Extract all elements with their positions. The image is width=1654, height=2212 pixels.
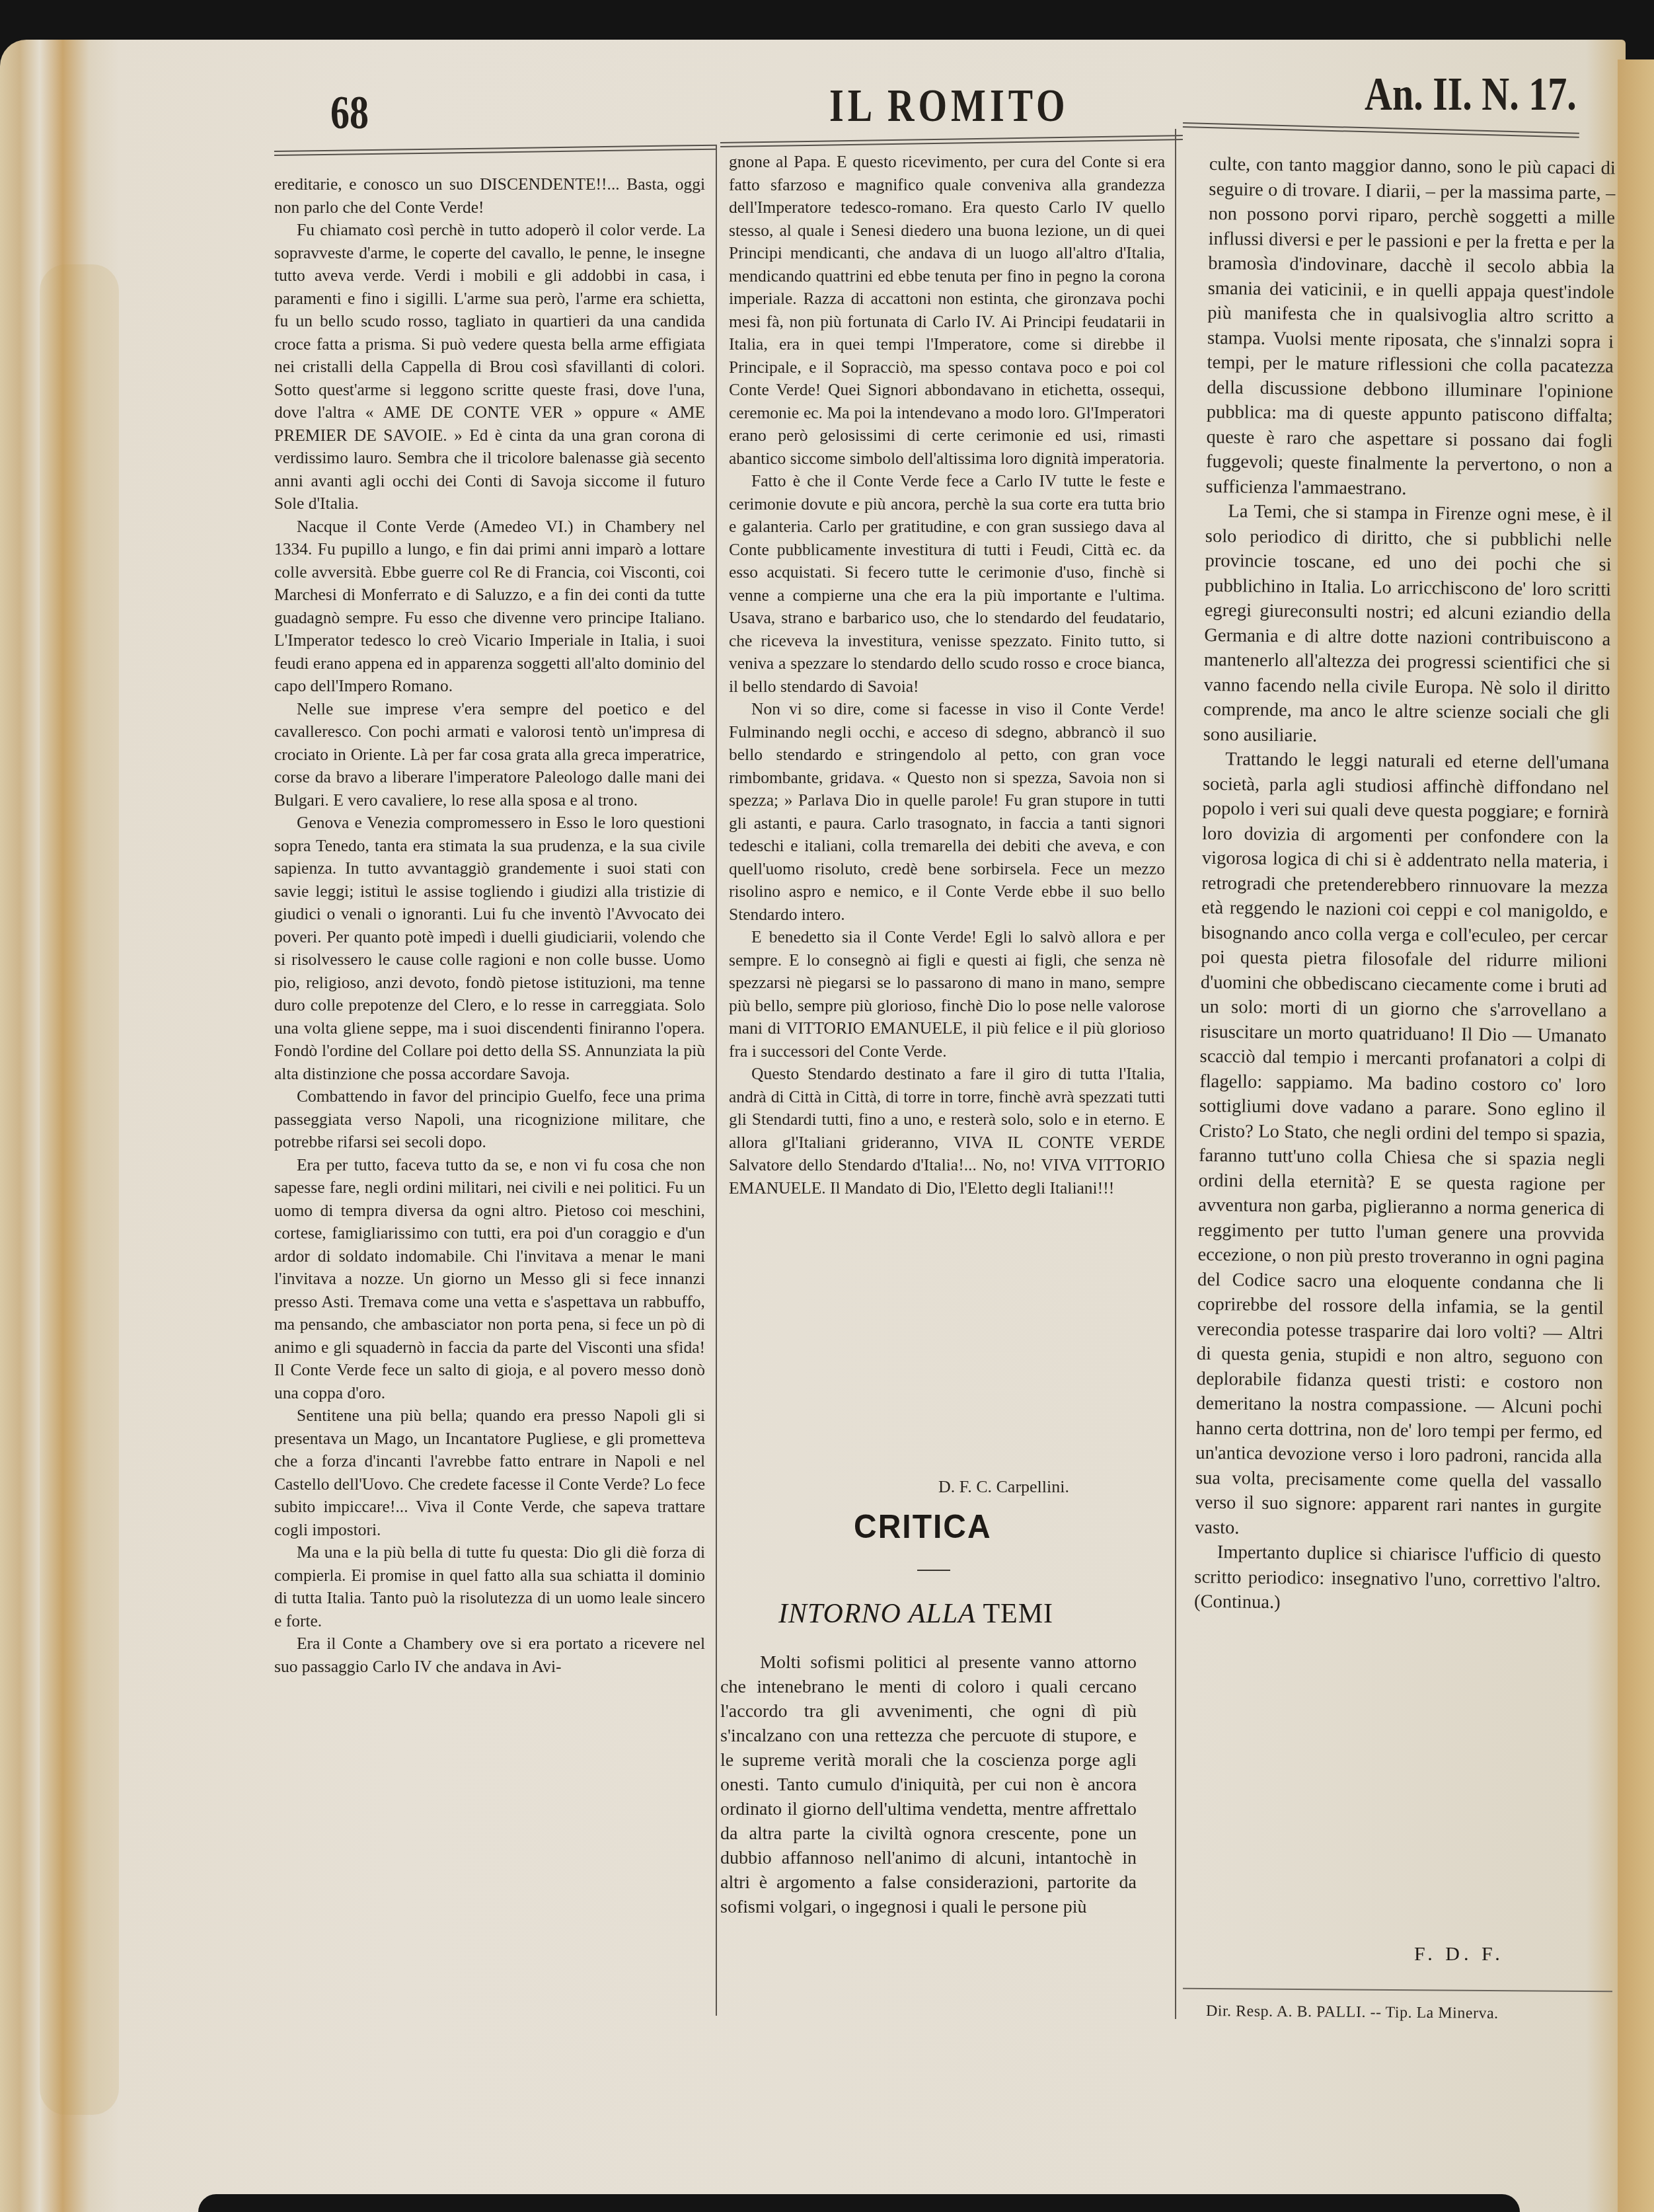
section-divider	[917, 1570, 950, 1571]
column-divider	[716, 145, 717, 2016]
paragraph: Impertanto duplice si chiarisce l'uffici…	[1194, 1540, 1601, 1619]
page-number: 68	[330, 85, 369, 140]
paragraph: gnone al Papa. E questo ricevimento, per…	[729, 151, 1165, 470]
article-title-italic: INTORNO ALLA	[778, 1599, 976, 1629]
paragraph: Ma una e la più bella di tutte fu questa…	[274, 1541, 705, 1632]
paragraph: Non vi so dire, come si facesse in viso …	[729, 698, 1165, 926]
paragraph: Nacque il Conte Verde (Amedeo VI.) in Ch…	[274, 515, 705, 698]
issue-number: An. II. N. 17.	[1365, 66, 1577, 122]
masthead-title: IL ROMITO	[829, 79, 1069, 132]
printer-imprint: Dir. Resp. A. B. PALLI. -- Tip. La Miner…	[1206, 2002, 1499, 2023]
article-column-1: ereditarie, e conosco un suo DISCENDENTE…	[274, 173, 705, 1678]
background-shadow	[198, 2194, 1520, 2212]
column-divider	[1175, 129, 1176, 2019]
article-column-3: culte, con tanto maggior danno, sono le …	[1194, 152, 1616, 1619]
paragraph: Trattando le leggi naturali ed eterne de…	[1195, 747, 1610, 1544]
article-title: INTORNO ALLA TEMI	[778, 1598, 1053, 1630]
critica-column: Molti sofismi politici al presente vanno…	[720, 1650, 1137, 1919]
paragraph: Genova e Venezia compromessero in Esso l…	[274, 812, 705, 1085]
paragraph: Fu chiamato così perchè in tutto adoperò…	[274, 219, 705, 515]
paragraph: Questo Stendardo destinato a fare il gir…	[729, 1063, 1165, 1200]
paragraph: La Temi, che si stampa in Firenze ogni m…	[1203, 499, 1612, 751]
section-heading: CRITICA	[854, 1508, 992, 1546]
paragraph: Molti sofismi politici al presente vanno…	[720, 1650, 1137, 1919]
paragraph: Era il Conte a Chambery ove si era porta…	[274, 1632, 705, 1678]
paragraph: ereditarie, e conosco un suo DISCENDENTE…	[274, 173, 705, 219]
article-title-roman: TEMI	[983, 1599, 1053, 1629]
paragraph: Era per tutto, faceva tutto da se, e non…	[274, 1154, 705, 1405]
age-stain	[40, 264, 119, 2115]
article-column-2: gnone al Papa. E questo ricevimento, per…	[729, 151, 1165, 1200]
paragraph: E benedetto sia il Conte Verde! Egli lo …	[729, 926, 1165, 1063]
paragraph: Combattendo in favor del principio Guelf…	[274, 1085, 705, 1154]
paragraph: Nelle sue imprese v'era sempre del poeti…	[274, 698, 705, 812]
author-signature: D. F. C. Carpellini.	[938, 1477, 1069, 1497]
paragraph: Fatto è che il Conte Verde fece a Carlo …	[729, 470, 1165, 698]
paragraph: Sentitene una più bella; quando era pres…	[274, 1404, 705, 1541]
book-edge	[1618, 59, 1654, 2212]
author-initials: F. D. F.	[1414, 1943, 1504, 1965]
paragraph: culte, con tanto maggior danno, sono le …	[1206, 152, 1616, 503]
